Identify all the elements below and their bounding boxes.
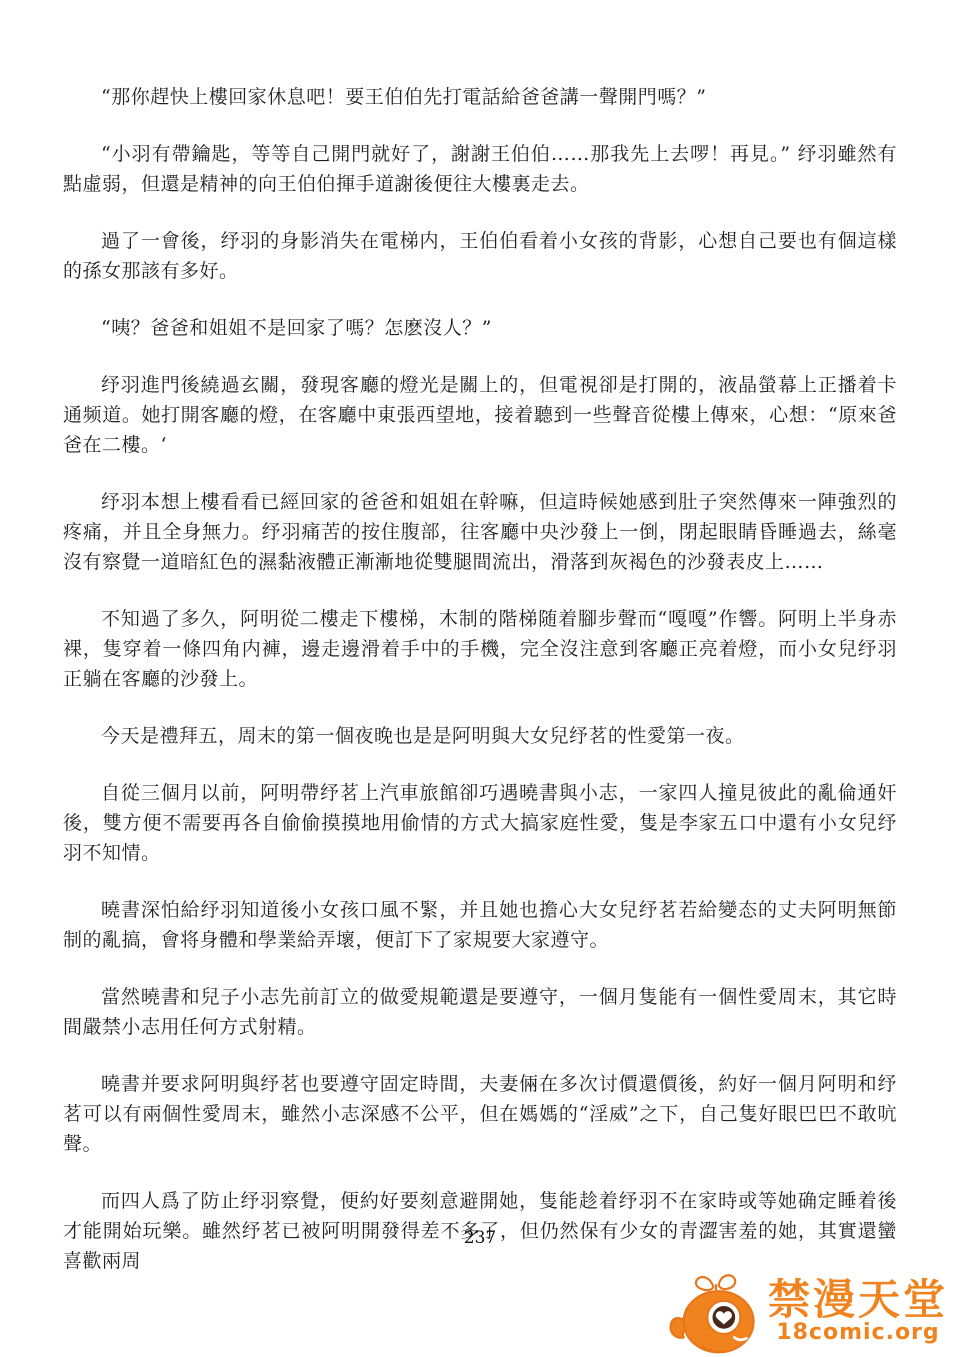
paragraph: 纾羽進門後繞過玄關，發現客廳的燈光是關上的，但電視卻是打開的，液晶螢幕上正播着卡… bbox=[63, 370, 897, 460]
paragraph: 當然曉書和兒子小志先前訂立的做愛規範還是要遵守，一個月隻能有一個性愛周末，其它時… bbox=[63, 982, 897, 1042]
story-text: “那你趕快上樓回家休息吧！要王伯伯先打電話給爸爸講一聲開門嗎？” “小羽有帶鑰匙… bbox=[63, 82, 897, 1303]
paragraph: “小羽有帶鑰匙，等等自己開門就好了，謝謝王伯伯……那我先上去啰！再見。” 纾羽雖… bbox=[63, 139, 897, 199]
paragraph: 今天是禮拜五，周末的第一個夜晚也是是阿明與大女兒纾茗的性愛第一夜。 bbox=[63, 721, 897, 751]
paragraph: 過了一會後，纾羽的身影消失在電梯内，王伯伯看着小女孩的背影，心想自己要也有個這樣… bbox=[63, 226, 897, 286]
orange-whale-mascot-icon bbox=[668, 1269, 764, 1357]
page-number: 237 bbox=[0, 1228, 960, 1248]
watermark-text: 禁漫天堂 18comic.org bbox=[768, 1278, 948, 1347]
paragraph: 纾羽本想上樓看看已經回家的爸爸和姐姐在幹嘛，但這時候她感到肚子突然傳來一陣強烈的… bbox=[63, 487, 897, 577]
paragraph: “咦？爸爸和姐姐不是回家了嗎？怎麽沒人？” bbox=[63, 313, 897, 343]
paragraph: 不知過了多久，阿明從二樓走下樓梯，木制的階梯随着腳步聲而“嘎嘎”作響。阿明上半身… bbox=[63, 604, 897, 694]
site-name: 禁漫天堂 bbox=[768, 1278, 948, 1322]
document-page: “那你趕快上樓回家休息吧！要王伯伯先打電話給爸爸講一聲開門嗎？” “小羽有帶鑰匙… bbox=[0, 0, 960, 1357]
paragraph: 曉書并要求阿明與纾茗也要遵守固定時間，夫妻倆在多次讨價還價後，約好一個月阿明和纾… bbox=[63, 1069, 897, 1159]
paragraph: 曉書深怕給纾羽知道後小女孩口風不緊，并且她也擔心大女兒纾茗若給變态的丈夫阿明無節… bbox=[63, 895, 897, 955]
paragraph: “那你趕快上樓回家休息吧！要王伯伯先打電話給爸爸講一聲開門嗎？” bbox=[63, 82, 897, 112]
site-url: 18comic.org bbox=[776, 1322, 939, 1344]
paragraph: 自從三個月以前，阿明帶纾茗上汽車旅館卻巧遇曉書與小志，一家四人撞見彼此的亂倫通奸… bbox=[63, 778, 897, 868]
watermark-logo: 禁漫天堂 18comic.org bbox=[668, 1269, 948, 1357]
